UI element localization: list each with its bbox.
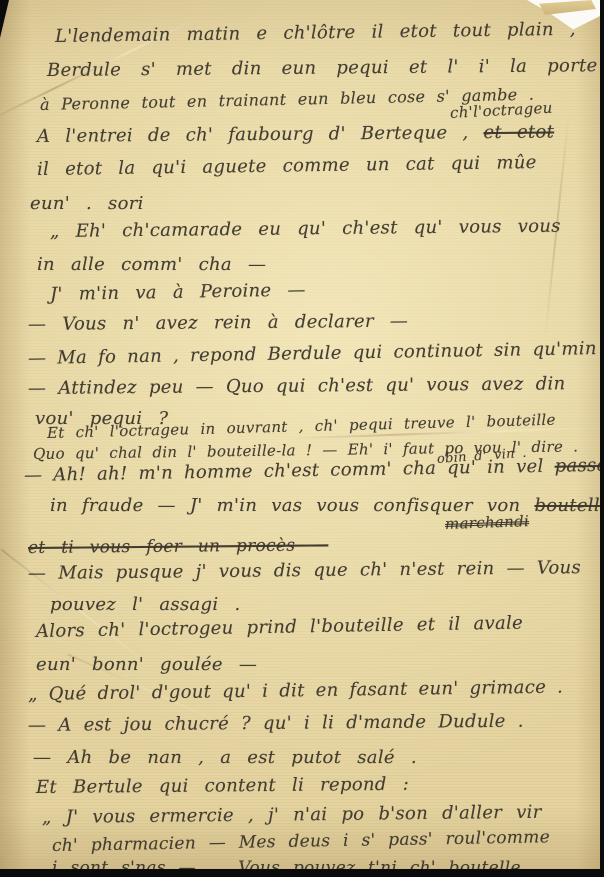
text-run: — Attindez peu — Quo qui ch'est qu' vous… xyxy=(28,373,566,399)
text-run: Alors ch' l'octrogeu prind l'bouteille e… xyxy=(36,613,523,642)
text-run: — Ma fo nan , repond Berdule qui continu… xyxy=(28,338,597,369)
text-run: „ J' vous ermercie , j' n'ai po b'son d'… xyxy=(42,802,542,828)
text-run: boutelle xyxy=(534,495,604,516)
crossed-out-word: marchandi xyxy=(445,512,530,533)
text-run: ch' pharmacien — Mes deus i s' pass' rou… xyxy=(52,827,550,856)
handwritten-line: L'lendemain matin e ch'lôtre il etot tou… xyxy=(55,19,576,47)
handwritten-line: — Ah be nan , a est putot salé . xyxy=(33,747,417,768)
text-run: — Vous n' avez rein à declarer — xyxy=(28,311,408,335)
text-run: in fraude — J' m'in vas vous confisquer … xyxy=(50,495,534,516)
text-run: passer xyxy=(554,455,604,477)
handwritten-line: ch' pharmacien — Mes deus i s' pass' rou… xyxy=(52,827,550,856)
text-run: L'lendemain matin e ch'lôtre il etot tou… xyxy=(55,19,576,47)
handwritten-line: „ Eh' ch'camarade eu qu' ch'est qu' vous… xyxy=(50,216,561,242)
text-run: eun' . sori xyxy=(30,193,144,214)
handwritten-line: — A est jou chucré ? qu' i li d'mande Du… xyxy=(28,711,524,736)
text-run: et ti vous foer un procès — xyxy=(28,535,329,558)
handwritten-line: il etot la qu'i aguete comme un cat qui … xyxy=(37,152,537,180)
handwritten-line: „ J' vous ermercie , j' n'ai po b'son d'… xyxy=(42,802,542,828)
handwritten-line: — Attindez peu — Quo qui ch'est qu' vous… xyxy=(28,373,566,399)
handwritten-line: — Mais pusque j' vous dis que ch' n'est … xyxy=(28,557,581,584)
handwritten-line: A l'entrei de ch' faubourg d' Berteque ,… xyxy=(37,121,554,147)
scan-edge-right xyxy=(600,0,604,877)
text-run: et etot xyxy=(483,121,554,143)
text-run: in alle comm' cha — xyxy=(37,254,266,275)
handwritten-line: Et Bertule qui content li repond : xyxy=(36,774,409,798)
text-run: il etot la qu'i aguete comme un cat qui … xyxy=(37,152,537,180)
handwritten-line: in alle comm' cha — xyxy=(37,254,266,275)
text-run: eun' bonn' goulée — xyxy=(36,654,257,675)
handwritten-line: Berdule s' met din eun pequi et l' i' la… xyxy=(47,55,598,81)
text-run: — Mais pusque j' vous dis que ch' n'est … xyxy=(28,557,581,584)
text-run: — Ah be nan , a est putot salé . xyxy=(33,747,417,768)
text-run: A l'entrei de ch' faubourg d' Berteque , xyxy=(37,122,484,147)
text-run: „ Eh' ch'camarade eu qu' ch'est qu' vous… xyxy=(50,216,561,242)
paper-sheet: L'lendemain matin e ch'lôtre il etot tou… xyxy=(0,0,600,869)
handwritten-line: eun' bonn' goulée — xyxy=(36,654,257,675)
text-run: J' m'in va à Peroine — xyxy=(50,280,306,305)
text-run: Et Bertule qui content li repond : xyxy=(36,774,409,798)
handwritten-line: Alors ch' l'octrogeu prind l'bouteille e… xyxy=(36,613,523,642)
handwritten-line: „ Qué drol' d'gout qu' i dit en fasant e… xyxy=(28,677,563,705)
handwriting-layer: L'lendemain matin e ch'lôtre il etot tou… xyxy=(0,0,600,869)
handwritten-line: — Ma fo nan , repond Berdule qui continu… xyxy=(28,338,597,369)
handwritten-line: pouvez l' assagi . xyxy=(50,594,240,615)
handwritten-line: — Vous n' avez rein à declarer — xyxy=(28,311,408,335)
text-run: pouvez l' assagi . xyxy=(50,594,240,615)
text-run: Berdule s' met din eun pequi et l' i' la… xyxy=(47,55,598,81)
text-run: „ Qué drol' d'gout qu' i dit en fasant e… xyxy=(28,677,563,705)
handwritten-line: J' m'in va à Peroine — xyxy=(50,280,306,305)
scan-edge-bottom xyxy=(0,869,604,877)
text-run: — A est jou chucré ? qu' i li d'mande Du… xyxy=(28,711,524,736)
handwritten-line: eun' . sori xyxy=(30,193,144,214)
text-run: marchandi xyxy=(445,512,530,533)
scanned-manuscript-page: { "kind": "handwritten-manuscript-scan",… xyxy=(0,0,604,877)
crossed-out-line: et ti vous foer un procès — xyxy=(28,535,329,558)
